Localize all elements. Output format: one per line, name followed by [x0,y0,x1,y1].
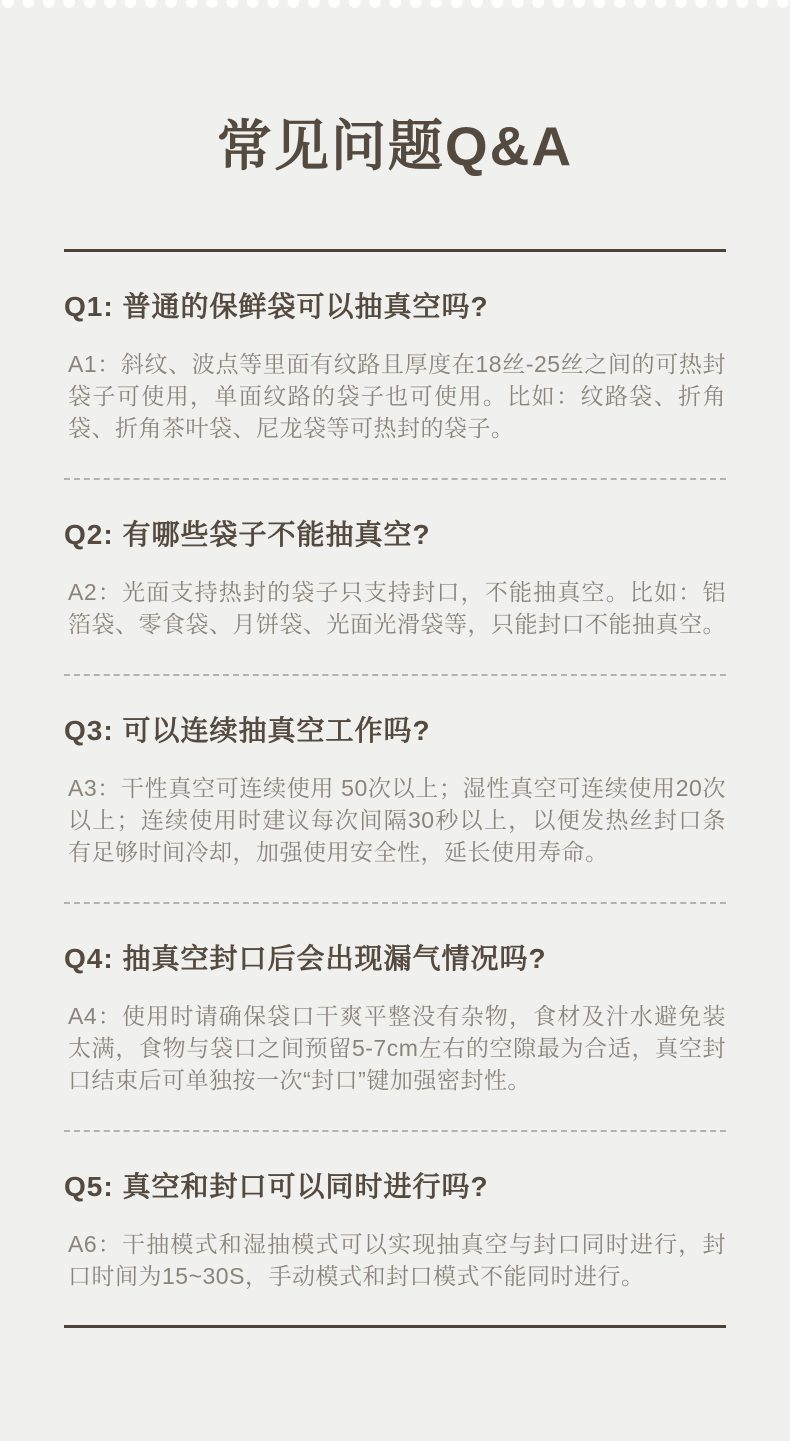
question-1-heading: Q1: 普通的保鲜袋可以抽真空吗? [64,290,726,324]
question-5-heading: Q5: 真空和封口可以同时进行吗? [64,1170,726,1204]
question-2-heading: Q2: 有哪些袋子不能抽真空? [64,518,726,552]
answer-3-text: A3：干性真空可连续使用 50次以上；湿性真空可连续使用20次以上；连续使用时建… [68,772,726,868]
page-title: 常见问题Q&A [0,9,790,179]
faq-page: 常见问题Q&A Q1: 普通的保鲜袋可以抽真空吗? A1：斜纹、波点等里面有纹路… [0,0,790,1441]
qa-section-1: Q1: 普通的保鲜袋可以抽真空吗? A1：斜纹、波点等里面有纹路且厚度在18丝-… [64,290,726,444]
question-4-heading: Q4: 抽真空封口后会出现漏气情况吗? [64,942,726,976]
dashed-divider-1 [64,478,726,480]
perforated-edge [0,0,790,9]
dashed-divider-2 [64,674,726,676]
dashed-divider-4 [64,1130,726,1132]
bottom-divider-line [64,1325,726,1328]
qa-section-4: Q4: 抽真空封口后会出现漏气情况吗? A4：使用时请确保袋口干爽平整没有杂物，… [64,942,726,1096]
qa-section-2: Q2: 有哪些袋子不能抽真空? A2：光面支持热封的袋子只支持封口，不能抽真空。… [64,518,726,640]
qa-section-3: Q3: 可以连续抽真空工作吗? A3：干性真空可连续使用 50次以上；湿性真空可… [64,714,726,868]
question-3-heading: Q3: 可以连续抽真空工作吗? [64,714,726,748]
faq-content: Q1: 普通的保鲜袋可以抽真空吗? A1：斜纹、波点等里面有纹路且厚度在18丝-… [64,249,726,1328]
answer-1-text: A1：斜纹、波点等里面有纹路且厚度在18丝-25丝之间的可热封袋子可使用，单面纹… [68,348,726,444]
answer-4-text: A4：使用时请确保袋口干爽平整没有杂物，食材及汁水避免装太满，食物与袋口之间预留… [68,1000,726,1096]
dashed-divider-3 [64,902,726,904]
qa-section-5: Q5: 真空和封口可以同时进行吗? A6：干抽模式和湿抽模式可以实现抽真空与封口… [64,1170,726,1292]
top-divider-line [64,249,726,252]
answer-5-text: A6：干抽模式和湿抽模式可以实现抽真空与封口同时进行，封口时间为15~30S，手… [68,1228,726,1292]
answer-2-text: A2：光面支持热封的袋子只支持封口，不能抽真空。比如：铝箔袋、零食袋、月饼袋、光… [68,576,726,640]
